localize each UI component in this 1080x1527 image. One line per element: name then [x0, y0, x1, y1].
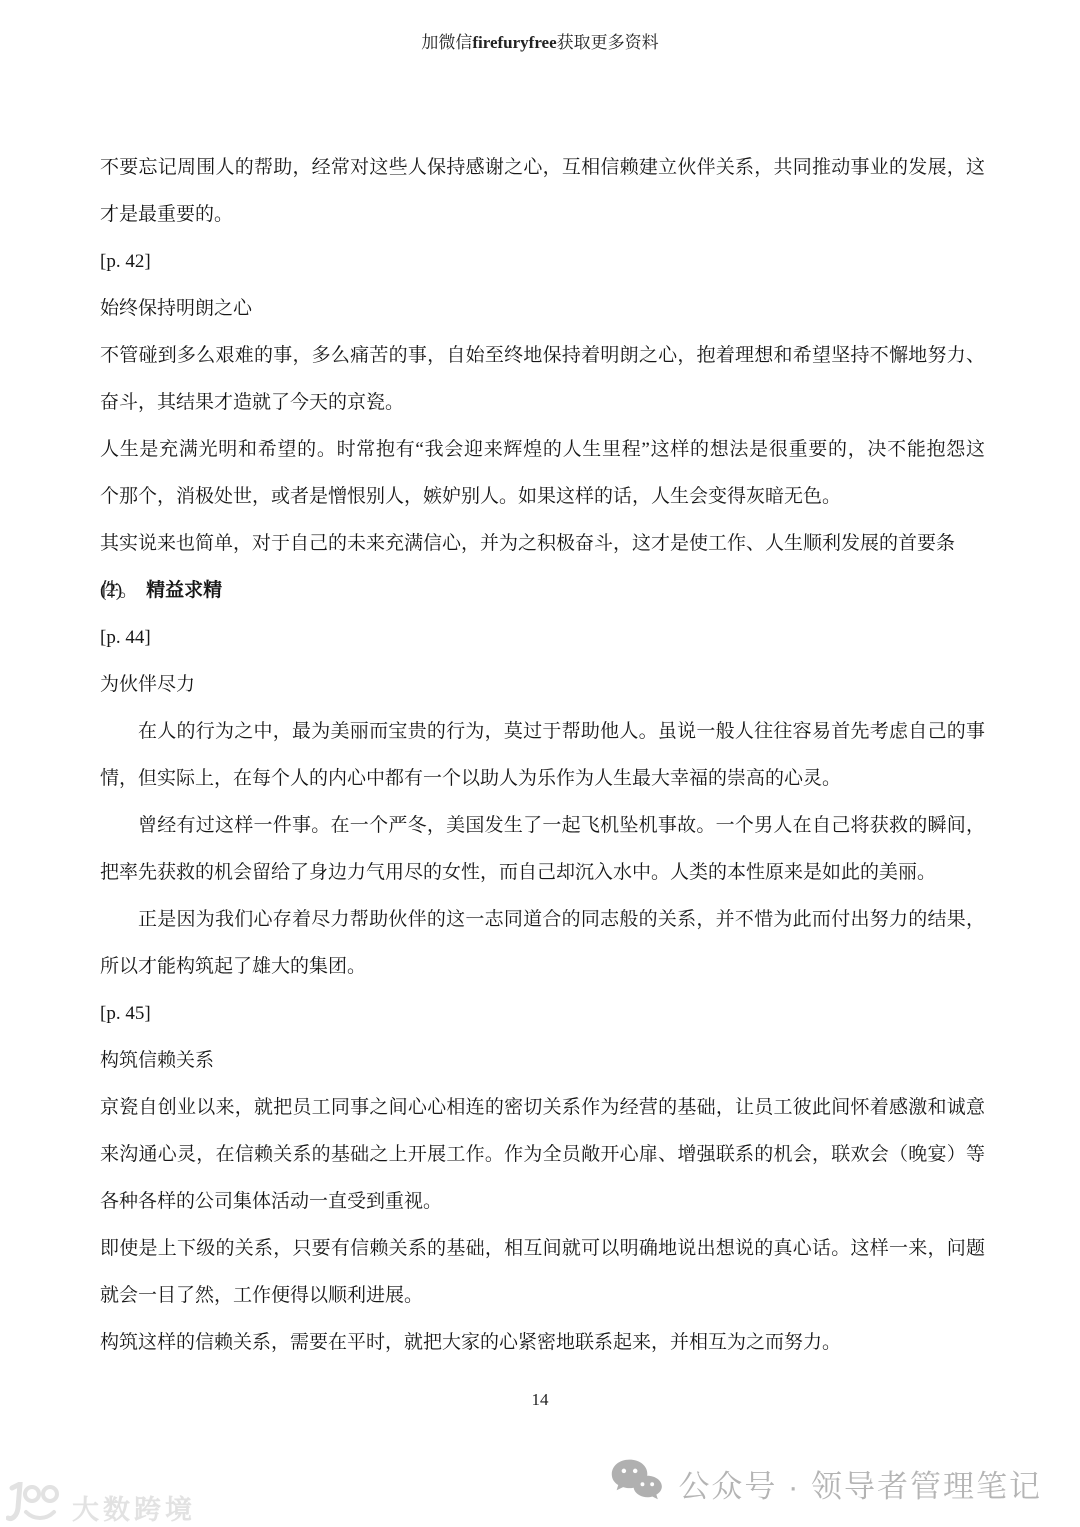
header-note-suffix: 获取更多资料: [557, 33, 659, 52]
text-line: 所以才能构筑起了雄大的集团。: [100, 943, 985, 990]
header-note-prefix: 加微信: [421, 33, 472, 52]
text-run: 奋斗，其结果才造就了今天的京瓷。: [100, 392, 404, 413]
dashu-kuajing-logo-icon: [6, 1482, 64, 1527]
text-run: 各种各样的公司集体活动一直受到重视。: [100, 1191, 442, 1212]
header-note-handle: firefuryfree: [472, 33, 556, 52]
text-run: 才是最重要的。: [100, 204, 233, 225]
text-run: 不管碰到多么艰难的事，多么痛苦的事，自始至终地保持着明朗之心，抱着理想和希望坚持…: [100, 345, 985, 366]
text-run: 构筑信赖关系: [100, 1050, 214, 1071]
text-run: 就会一目了然，工作便得以顺利进展。: [100, 1285, 423, 1306]
text-line: [p. 45]: [100, 990, 985, 1037]
text-run: 在人的行为之中，最为美丽而宝贵的行为，莫过于帮助他人。虽说一般人往往容易首先考虑…: [138, 721, 985, 742]
left-watermark-label: 大数跨境: [72, 1488, 196, 1527]
text-line: 正是因为我们心存着尽力帮助伙伴的这一志同道合的同志般的关系，并不惜为此而付出努力…: [100, 896, 985, 943]
text-run: 人生是充满光明和希望的。时常抱有“我会迎来辉煌的人生里程”这样的想法是很重要的，…: [100, 439, 985, 460]
text-line: (2)精益求精: [100, 567, 985, 614]
text-line: 各种各样的公司集体活动一直受到重视。: [100, 1178, 985, 1225]
text-line: [p. 42]: [100, 238, 985, 285]
section-number: (2): [100, 580, 122, 601]
page-number: 14: [0, 1390, 1080, 1410]
text-line: 其实说来也简单，对于自己的未来充满信心，并为之积极奋斗，这才是使工作、人生顺利发…: [100, 520, 985, 567]
text-line: [p. 44]: [100, 614, 985, 661]
text-run: [p. 42]: [100, 251, 151, 272]
text-line: 曾经有过这样一件事。在一个严冬，美国发生了一起飞机坠机事故。一个男人在自己将获救…: [100, 802, 985, 849]
text-line: 来沟通心灵，在信赖关系的基础之上开展工作。作为全员敞开心扉、增强联系的机会，联欢…: [100, 1131, 985, 1178]
text-line: 京瓷自创业以来，就把员工同事之间心心相连的密切关系作为经营的基础，让员工彼此间怀…: [100, 1084, 985, 1131]
text-run: 正是因为我们心存着尽力帮助伙伴的这一志同道合的同志般的关系，并不惜为此而付出努力…: [138, 909, 985, 930]
text-run: 即使是上下级的关系，只要有信赖关系的基础，相互间就可以明确地说出想说的真心话。这…: [100, 1238, 985, 1259]
text-run: 情，但实际上，在每个人的内心中都有一个以助人为乐作为人生最大幸福的崇高的心灵。: [100, 768, 841, 789]
text-line: 才是最重要的。: [100, 191, 985, 238]
text-line: 为伙伴尽力: [100, 661, 985, 708]
text-line: 构筑这样的信赖关系，需要在平时，就把大家的心紧密地联系起来，并相互为之而努力。: [100, 1319, 985, 1366]
text-line: 奋斗，其结果才造就了今天的京瓷。: [100, 379, 985, 426]
text-run: [p. 44]: [100, 627, 151, 648]
text-line: 即使是上下级的关系，只要有信赖关系的基础，相互间就可以明确地说出想说的真心话。这…: [100, 1225, 985, 1272]
text-line: 就会一目了然，工作便得以顺利进展。: [100, 1272, 985, 1319]
text-line: 个那个，消极处世，或者是憎恨别人，嫉妒别人。如果这样的话，人生会变得灰暗无色。: [100, 473, 985, 520]
text-line: 人生是充满光明和希望的。时常抱有“我会迎来辉煌的人生里程”这样的想法是很重要的，…: [100, 426, 985, 473]
text-run: 曾经有过这样一件事。在一个严冬，美国发生了一起飞机坠机事故。一个男人在自己将获救…: [138, 815, 985, 836]
document-page: 加微信firefuryfree获取更多资料 不要忘记周围人的帮助，经常对这些人保…: [0, 0, 1080, 1527]
text-run: 始终保持明朗之心: [100, 298, 252, 319]
header-note: 加微信firefuryfree获取更多资料: [0, 28, 1080, 53]
left-watermark: 大数跨境: [6, 1482, 196, 1527]
text-line: 把率先获救的机会留给了身边力气用尽的女性，而自己却沉入水中。人类的本性原来是如此…: [100, 849, 985, 896]
text-run: 把率先获救的机会留给了身边力气用尽的女性，而自己却沉入水中。人类的本性原来是如此…: [100, 862, 936, 883]
text-line: 在人的行为之中，最为美丽而宝贵的行为，莫过于帮助他人。虽说一般人往往容易首先考虑…: [100, 708, 985, 755]
text-run: 为伙伴尽力: [100, 674, 195, 695]
text-run: 京瓷自创业以来，就把员工同事之间心心相连的密切关系作为经营的基础，让员工彼此间怀…: [100, 1097, 985, 1118]
text-line: 情，但实际上，在每个人的内心中都有一个以助人为乐作为人生最大幸福的崇高的心灵。: [100, 755, 985, 802]
section-heading: 精益求精: [146, 580, 222, 601]
text-run: 来沟通心灵，在信赖关系的基础之上开展工作。作为全员敞开心扉、增强联系的机会，联欢…: [100, 1144, 985, 1165]
right-watermark-label: 公众号 · 领导者管理笔记: [678, 1461, 1042, 1506]
text-line: 始终保持明朗之心: [100, 285, 985, 332]
text-run: 构筑这样的信赖关系，需要在平时，就把大家的心紧密地联系起来，并相互为之而努力。: [100, 1332, 841, 1353]
text-line: 不管碰到多么艰难的事，多么痛苦的事，自始至终地保持着明朗之心，抱着理想和希望坚持…: [100, 332, 985, 379]
text-run: [p. 45]: [100, 1003, 151, 1024]
text-run: 个那个，消极处世，或者是憎恨别人，嫉妒别人。如果这样的话，人生会变得灰暗无色。: [100, 486, 841, 507]
right-watermark: 公众号 · 领导者管理笔记: [610, 1458, 1042, 1508]
document-body: 不要忘记周围人的帮助，经常对这些人保持感谢之心，互相信赖建立伙伴关系，共同推动事…: [100, 144, 985, 1366]
text-run: 所以才能构筑起了雄大的集团。: [100, 956, 366, 977]
text-line: 构筑信赖关系: [100, 1037, 985, 1084]
text-line: 不要忘记周围人的帮助，经常对这些人保持感谢之心，互相信赖建立伙伴关系，共同推动事…: [100, 144, 985, 191]
wechat-icon: [610, 1458, 662, 1508]
text-run: 不要忘记周围人的帮助，经常对这些人保持感谢之心，互相信赖建立伙伴关系，共同推动事…: [100, 157, 985, 178]
